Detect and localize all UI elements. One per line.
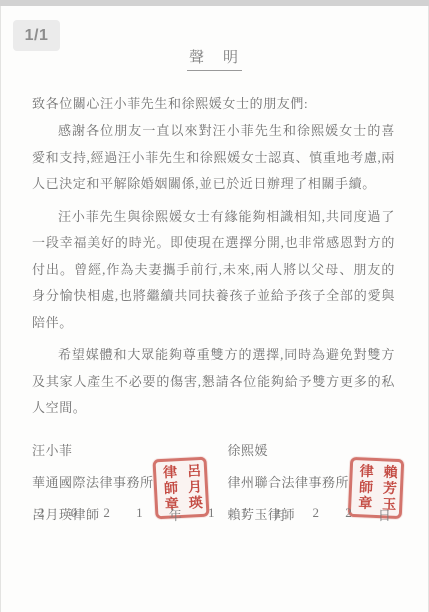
party-name: 徐熙媛 [228,440,350,459]
document-title: 聲 明 [187,46,242,71]
top-strip [0,0,429,6]
date-char: 1 [241,505,248,524]
page-indicator: 1/1 [13,20,60,51]
party-name: 汪小菲 [32,440,154,459]
date-char: 2 [103,505,110,524]
law-firm: 華通國際法律事務所 [32,472,154,491]
date-line: 2 0 2 1 年 1 1 月 2 2 日 [38,505,391,524]
date-char: 2 [313,505,320,524]
statement-page: 1/1 聲 明 致各位關心汪小菲先生和徐熙媛女士的朋友們: 感謝各位朋友一直以來… [0,0,429,612]
salutation: 致各位關心汪小菲先生和徐熙媛女士的朋友們: [32,93,395,112]
date-char: 2 [345,505,352,524]
paragraph-1: 感謝各位朋友一直以來對汪小菲先生和徐熙媛女士的喜愛和支持,經過汪小菲先生和徐熙媛… [32,118,395,198]
seal-name-column: 呂月瑛 [184,463,200,512]
law-firm: 律州聯合法律事務所 [228,472,350,491]
date-char: 年 [169,505,182,524]
date-char: 1 [208,505,215,524]
seal-suffix-column: 律師章 [356,463,372,512]
document-body: 致各位關心汪小菲先生和徐熙媛女士的朋友們: 感謝各位朋友一直以來對汪小菲先生和徐… [0,93,429,422]
date-char: 0 [71,505,78,524]
date-char: 2 [38,505,45,524]
paragraph-3: 希望媒體和大眾能夠尊重雙方的選擇,同時為避免對雙方及其家人產生不必要的傷害,懇請… [32,342,395,422]
title-area: 聲 明 [0,46,429,71]
date-char: 日 [378,505,391,524]
date-char: 月 [273,505,286,524]
paragraph-2: 汪小菲先生與徐熙媛女士有緣能夠相識相知,共同度過了一段幸福美好的時光。即使現在選… [32,204,395,337]
date-char: 1 [136,505,143,524]
